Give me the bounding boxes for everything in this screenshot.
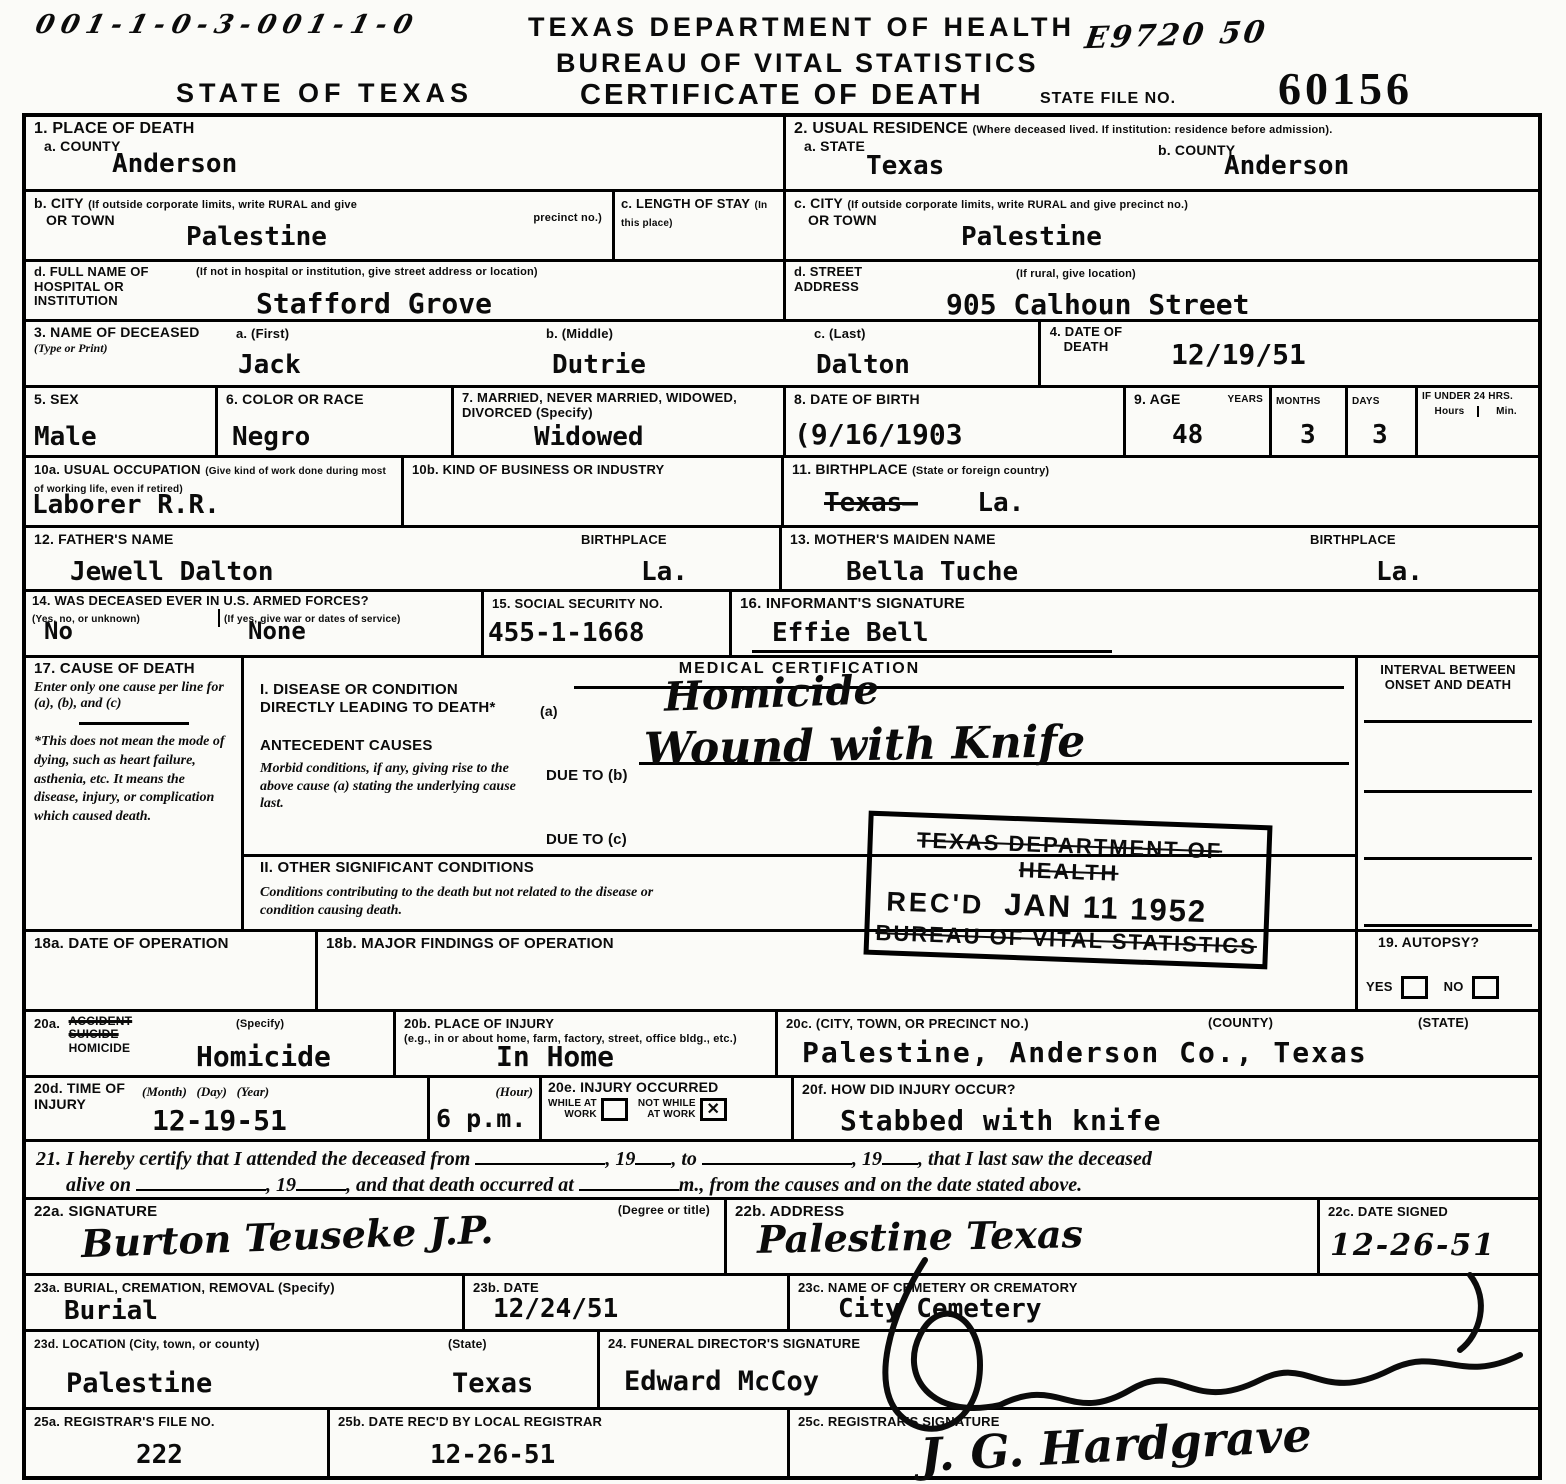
street-value: 905 Calhoun Street — [946, 288, 1249, 321]
location-state-label: (State) — [448, 1337, 487, 1351]
armed-forces-value2: None — [248, 617, 306, 645]
city-note: (If outside corporate limits, write RURA… — [88, 199, 357, 211]
autopsy-no-checkbox — [1472, 976, 1499, 999]
field-9-age-years: 9. AGE YEARS 48 — [1126, 388, 1272, 455]
field-23d-state: (State) Texas — [440, 1332, 600, 1407]
field-25a-registrar-file: 25a. REGISTRAR'S FILE NO. 222 — [26, 1410, 330, 1476]
occupation-label: 10a. USUAL OCCUPATION — [34, 462, 201, 477]
burial-label: 23a. BURIAL, CREMATION, REMOVAL (Specify… — [34, 1280, 335, 1295]
field-25b-date-recd: 25b. DATE REC'D BY LOCAL REGISTRAR 12-26… — [330, 1410, 790, 1476]
field-13-mother: 13. MOTHER'S MAIDEN NAME Bella Tuche BIR… — [782, 528, 1538, 589]
location-state-value: Texas — [452, 1368, 533, 1399]
certificate-title: CERTIFICATE OF DEATH — [580, 79, 984, 111]
field-22b-address: 22b. ADDRESS Palestine Texas — [727, 1200, 1320, 1273]
field-6-color-race: 6. COLOR OR RACE Negro — [218, 388, 454, 455]
injury-city-label: 20c. (CITY, TOWN, OR PRECINCT NO.) — [786, 1016, 1029, 1031]
first-name-label: a. (First) — [236, 326, 289, 341]
street-label: d. STREET ADDRESS — [794, 265, 889, 294]
county-label: a. COUNTY — [44, 138, 120, 154]
handwritten-file-code: E9720 50 — [1083, 15, 1270, 57]
row-place-residence: 1. PLACE OF DEATH a. COUNTY Anderson b. … — [26, 117, 1538, 322]
handwritten-index-code: 001-1-0-3-001-1-0 — [32, 10, 422, 40]
place-of-injury-value: In Home — [496, 1040, 614, 1073]
row-burial: 23a. BURIAL, CREMATION, REMOVAL (Specify… — [26, 1276, 1538, 1332]
location-city-value: Palestine — [66, 1368, 212, 1399]
field-2c-city: c. CITY (If outside corporate limits, wr… — [786, 192, 1538, 262]
manner-specify-note: (Specify) — [236, 1018, 284, 1030]
field-21-certify: 21. I hereby certify that I attended the… — [26, 1142, 1538, 1197]
cause-note2: *This does not mean the mode of dying, s… — [34, 733, 233, 827]
not-while-label1: NOT WHILE — [638, 1098, 696, 1109]
field-1c-length-of-stay: c. LENGTH OF STAY (In this place) — [615, 192, 783, 259]
under-24-label: IF UNDER 24 HRS. — [1422, 391, 1534, 402]
date-recd-value: 12-26-51 — [430, 1440, 555, 1470]
burial-value: Burial — [64, 1296, 158, 1326]
mother-name-label: 13. MOTHER'S MAIDEN NAME — [790, 531, 996, 547]
cemetery-value: City Cemetery — [838, 1294, 1042, 1324]
date-signed-label: 22c. DATE SIGNED — [1328, 1204, 1448, 1219]
age-label: 9. AGE — [1134, 391, 1181, 407]
residence-or-town-label: OR TOWN — [808, 213, 1530, 229]
burial-date-label: 23b. DATE — [473, 1280, 539, 1295]
how-injury-label: 20f. HOW DID INJURY OCCUR? — [802, 1081, 1016, 1097]
how-injury-value: Stabbed with knife — [840, 1104, 1161, 1137]
date-of-birth-value: (9/16/1903 — [794, 418, 963, 451]
field-9-under-24: IF UNDER 24 HRS. Hours Min. — [1418, 388, 1538, 455]
mdy-labels: (Month) (Day) (Year) — [142, 1084, 269, 1100]
certify-p3: , to — [671, 1148, 697, 1170]
row-name-deceased: 3. NAME OF DECEASED (Type or Print) a. (… — [26, 322, 1538, 388]
certify-p8: , and that death occurred at — [346, 1174, 574, 1196]
field-23a-burial: 23a. BURIAL, CREMATION, REMOVAL (Specify… — [26, 1276, 465, 1329]
row-time-of-injury: 20d. TIME OF INJURY (Month) (Day) (Year)… — [26, 1078, 1538, 1142]
manner-suicide-label: SUICIDE — [69, 1028, 133, 1041]
major-findings-label: 18b. MAJOR FINDINGS OF OPERATION — [326, 935, 614, 952]
place-of-death-title: 1. PLACE OF DEATH — [34, 120, 194, 137]
hours-label: Hours — [1422, 406, 1477, 417]
field-1b-city: b. CITY (If outside corporate limits, wr… — [26, 192, 615, 259]
color-race-label: 6. COLOR OR RACE — [226, 391, 364, 407]
certify-p7: , 19 — [266, 1174, 296, 1196]
mother-birthplace-label: BIRTHPLACE — [1310, 532, 1396, 547]
burial-date-value: 12/24/51 — [493, 1294, 618, 1324]
age-months-value: 3 — [1300, 420, 1316, 450]
field-10b-industry: 10b. KIND OF BUSINESS OR INDUSTRY — [404, 458, 784, 525]
city-value: Palestine — [186, 222, 327, 252]
field-22a-signature: 22a. SIGNATURE (Degree or title) Burton … — [26, 1200, 727, 1273]
field-9-age-months: MONTHS 3 — [1272, 388, 1348, 455]
middle-name-label: b. (Middle) — [546, 326, 613, 341]
cause-c-prefix: DUE TO (c) — [546, 832, 627, 849]
injury-location-value: Palestine, Anderson Co., Texas — [802, 1036, 1368, 1069]
residence-city-note: (If outside corporate limits, write RURA… — [847, 199, 1188, 211]
time-of-injury-label: 20d. TIME OF INJURY — [34, 1081, 128, 1112]
while-at-work-checkbox — [601, 1098, 628, 1121]
cause-of-death-label: 17. CAUSE OF DEATH — [34, 661, 233, 678]
antecedent-note: Morbid conditions, if any, giving rise t… — [260, 760, 540, 813]
residence-county-value: Anderson — [1224, 151, 1349, 181]
field-1d-hospital: d. FULL NAME OF HOSPITAL OR INSTITUTION … — [26, 262, 783, 319]
field-5-sex: 5. SEX Male — [26, 388, 218, 455]
field-16-informant: 16. INFORMANT'S SIGNATURE Effie Bell — [732, 592, 1538, 655]
row-certify-statement: 21. I hereby certify that I attended the… — [26, 1142, 1538, 1200]
sex-value: Male — [34, 422, 97, 452]
header-state-of-texas: STATE OF TEXAS — [176, 78, 473, 108]
type-or-print-note: (Type or Print) — [34, 341, 210, 356]
row-medical-certification: 17. CAUSE OF DEATH Enter only one cause … — [26, 658, 1538, 932]
marital-label: 7. MARRIED, NEVER MARRIED, WIDOWED, DIVO… — [462, 391, 775, 420]
injury-county-label: (COUNTY) — [1208, 1016, 1273, 1031]
middle-name-value: Dutrie — [552, 350, 646, 380]
header-bureau: BUREAU OF VITAL STATISTICS — [556, 48, 1039, 78]
header-department: TEXAS DEPARTMENT OF HEALTH — [528, 12, 1075, 42]
manner-value: Homicide — [196, 1040, 331, 1073]
father-name-label: 12. FATHER'S NAME — [34, 531, 174, 547]
stamp-line1: TEXAS DEPARTMENT OF HEALTH — [871, 826, 1267, 892]
cemetery-label: 23c. NAME OF CEMETERY OR CREMATORY — [798, 1280, 1078, 1295]
field-3-label: 3. NAME OF DECEASED (Type or Print) — [26, 322, 218, 385]
field-3b-middle: b. (Middle) Dutrie — [538, 322, 806, 385]
field-14-armed-forces: 14. WAS DECEASED EVER IN U.S. ARMED FORC… — [26, 592, 484, 655]
father-birthplace-label: BIRTHPLACE — [581, 532, 667, 547]
row-forces-ssn-informant: 14. WAS DECEASED EVER IN U.S. ARMED FORC… — [26, 592, 1538, 658]
cause-note1: Enter only one cause per line for (a), (… — [34, 680, 233, 712]
row-operation-autopsy: 18a. DATE OF OPERATION 18b. MAJOR FINDIN… — [26, 932, 1538, 1012]
death-certificate-page: 001-1-0-3-001-1-0 TEXAS DEPARTMENT OF HE… — [0, 0, 1566, 1484]
field-25c-registrar-signature: 25c. REGISTRAR'S SIGNATURE J. G. Hardgra… — [790, 1410, 1538, 1476]
field-20d-time-of-injury: 20d. TIME OF INJURY (Month) (Day) (Year)… — [26, 1078, 430, 1139]
field-12-father: 12. FATHER'S NAME Jewell Dalton BIRTHPLA… — [26, 528, 782, 589]
birthplace-struck-value: Texas— — [824, 488, 918, 518]
birthplace-note: (State or foreign country) — [912, 465, 1049, 477]
registrar-file-value: 222 — [136, 1440, 183, 1470]
antecedent-causes-label: ANTECEDENT CAUSES — [260, 738, 433, 755]
field-17-cause-notes: 17. CAUSE OF DEATH Enter only one cause … — [26, 658, 244, 929]
hour-value: 6 p.m. — [436, 1104, 526, 1133]
certify-p5: , that I last saw the deceased — [918, 1148, 1152, 1170]
field-18a-date-of-operation: 18a. DATE OF OPERATION — [26, 932, 318, 1009]
certify-p2: , 19 — [605, 1148, 635, 1170]
not-while-at-work-checkbox-checked: ✕ — [700, 1098, 727, 1121]
autopsy-yes-checkbox — [1401, 976, 1428, 999]
degree-title-label: (Degree or title) — [618, 1204, 710, 1217]
row-physician-signature: 22a. SIGNATURE (Degree or title) Burton … — [26, 1200, 1538, 1276]
disease-condition-label2: DIRECTLY LEADING TO DEATH* — [260, 700, 496, 717]
min-label: Min. — [1477, 406, 1534, 417]
name-of-deceased-label: 3. NAME OF DECEASED — [34, 325, 210, 341]
certify-p1: 21. I hereby certify that I attended the… — [36, 1148, 470, 1170]
age-days-label: DAYS — [1352, 396, 1380, 407]
field-20a-manner: 20a. ACCIDENT SUICIDE HOMICIDE (Specify)… — [26, 1012, 396, 1075]
informant-label: 16. INFORMANT'S SIGNATURE — [740, 595, 965, 612]
field-4-date-of-death: 4. DATE OF DEATH 12/19/51 — [1038, 322, 1538, 385]
armed-forces-label: 14. WAS DECEASED EVER IN U.S. ARMED FORC… — [32, 594, 475, 609]
field-8-date-of-birth: 8. DATE OF BIRTH (9/16/1903 — [786, 388, 1126, 455]
autopsy-no-label: NO — [1444, 980, 1464, 995]
field-19-autopsy: 19. AUTOPSY? YES NO — [1358, 932, 1538, 1009]
father-name-value: Jewell Dalton — [70, 557, 274, 587]
field-2d-street: d. STREET ADDRESS (If rural, give locati… — [786, 262, 1538, 319]
date-recd-label: 25b. DATE REC'D BY LOCAL REGISTRAR — [338, 1414, 602, 1429]
field-24-funeral-director: 24. FUNERAL DIRECTOR'S SIGNATURE Edward … — [600, 1332, 1538, 1407]
field-7-marital: 7. MARRIED, NEVER MARRIED, WIDOWED, DIVO… — [454, 388, 786, 455]
field-9-age-days: DAYS 3 — [1348, 388, 1418, 455]
section-place-of-death: 1. PLACE OF DEATH a. COUNTY Anderson b. … — [26, 117, 786, 319]
hospital-note: (If not in hospital or institution, give… — [196, 266, 538, 278]
residence-city-label: c. CITY — [794, 195, 843, 211]
field-15-ssn: 15. SOCIAL SECURITY NO. 455-1-1668 — [484, 592, 732, 655]
sex-label: 5. SEX — [34, 391, 79, 407]
funeral-director-value: Edward McCoy — [624, 1366, 819, 1397]
interval-column: INTERVAL BETWEEN ONSET AND DEATH — [1358, 658, 1538, 929]
age-days-value: 3 — [1372, 420, 1388, 450]
location-label: 23d. LOCATION (City, town, or county) — [34, 1337, 260, 1351]
hour-label: (Hour) — [495, 1084, 533, 1100]
field-3a-first: a. (First) Jack — [218, 322, 538, 385]
disease-condition-label1: I. DISEASE OR CONDITION — [260, 682, 458, 699]
mother-name-value: Bella Tuche — [846, 557, 1018, 587]
usual-residence-title: 2. USUAL RESIDENCE — [794, 120, 968, 137]
autopsy-yes-label: YES — [1366, 980, 1393, 995]
interval-label1: INTERVAL BETWEEN — [1366, 663, 1530, 678]
age-years-label: YEARS — [1228, 394, 1263, 405]
field-23b-burial-date: 23b. DATE 12/24/51 — [465, 1276, 790, 1329]
field-10a-occupation: 10a. USUAL OCCUPATION (Give kind of work… — [26, 458, 404, 525]
place-of-injury-label: 20b. PLACE OF INJURY — [404, 1016, 554, 1031]
manner-num: 20a. — [34, 1016, 60, 1031]
first-name-value: Jack — [238, 350, 301, 380]
registrar-file-label: 25a. REGISTRAR'S FILE NO. — [34, 1414, 215, 1429]
checkbox-x-mark: ✕ — [707, 1101, 720, 1118]
state-file-no-label: STATE FILE NO. — [1040, 90, 1176, 108]
father-birthplace-value: La. — [641, 557, 688, 587]
date-of-operation-label: 18a. DATE OF OPERATION — [34, 935, 229, 952]
row-occupation: 10a. USUAL OCCUPATION (Give kind of work… — [26, 458, 1538, 528]
cause-b-prefix: DUE TO (b) — [546, 768, 628, 785]
date-of-death-label: 4. DATE OF DEATH — [1049, 325, 1123, 354]
row-registrar: 25a. REGISTRAR'S FILE NO. 222 25b. DATE … — [26, 1410, 1538, 1476]
date-of-birth-label: 8. DATE OF BIRTH — [794, 391, 920, 407]
funeral-director-label: 24. FUNERAL DIRECTOR'S SIGNATURE — [608, 1336, 860, 1351]
cause-b-value: Wound with Knife — [644, 716, 1086, 775]
color-race-value: Negro — [232, 422, 310, 452]
cause-a-value: Homicide — [663, 666, 879, 720]
armed-forces-value1: No — [44, 617, 73, 645]
field-23c-cemetery: 23c. NAME OF CEMETERY OR CREMATORY City … — [790, 1276, 1538, 1329]
autopsy-label: 19. AUTOPSY? — [1378, 935, 1530, 951]
field-11-birthplace: 11. BIRTHPLACE (State or foreign country… — [784, 458, 1538, 525]
residence-state-value: Texas — [866, 151, 944, 181]
stamp-date: JAN 11 1952 — [1004, 887, 1208, 929]
field-1a-county: 1. PLACE OF DEATH a. COUNTY Anderson — [26, 117, 783, 192]
field-20f-how-injury: 20f. HOW DID INJURY OCCUR? Stabbed with … — [794, 1078, 1538, 1139]
length-of-stay-label: c. LENGTH OF STAY — [621, 196, 750, 211]
while-at-work-label1: WHILE AT — [548, 1098, 597, 1109]
birthplace-label: 11. BIRTHPLACE — [792, 461, 908, 477]
ssn-value: 455-1-1668 — [488, 618, 645, 648]
interval-label2: ONSET AND DEATH — [1366, 678, 1530, 693]
stamp-recd-label: REC'D — [886, 886, 985, 920]
section-usual-residence: 2. USUAL RESIDENCE (Where deceased lived… — [786, 117, 1538, 319]
hospital-label: d. FULL NAME OF HOSPITAL OR INSTITUTION — [34, 265, 184, 309]
certify-p9: m., from the causes and on the date stat… — [679, 1174, 1082, 1196]
row-parents: 12. FATHER'S NAME Jewell Dalton BIRTHPLA… — [26, 528, 1538, 592]
last-name-value: Dalton — [816, 350, 910, 380]
field-20b-place-of-injury: 20b. PLACE OF INJURY (e.g., in or about … — [396, 1012, 778, 1075]
usual-residence-note: (Where deceased lived. If institution: r… — [972, 124, 1332, 136]
signature-label: 22a. SIGNATURE — [34, 1203, 157, 1220]
residence-state-label: a. STATE — [804, 138, 865, 154]
occupation-value: Laborer R.R. — [32, 490, 220, 520]
field-1bc: b. CITY (If outside corporate limits, wr… — [26, 192, 783, 262]
date-signed-value: 12-26-51 — [1330, 1228, 1496, 1263]
injury-state-label: (STATE) — [1418, 1016, 1469, 1031]
while-at-work-label2: WORK — [548, 1109, 597, 1120]
injury-occurred-label: 20e. INJURY OCCURRED — [548, 1080, 785, 1096]
state-file-number: 60156 — [1278, 62, 1413, 115]
field-20e-injury-occurred: 20e. INJURY OCCURRED WHILE AT WORK NOT W… — [542, 1078, 794, 1139]
ssn-label: 15. SOCIAL SECURITY NO. — [492, 596, 663, 611]
mother-birthplace-value: La. — [1376, 557, 1423, 587]
birthplace-value: La. — [977, 488, 1024, 518]
hospital-value: Stafford Grove — [256, 287, 492, 320]
other-conditions-label: II. OTHER SIGNIFICANT CONDITIONS — [260, 860, 534, 877]
row-sex-race-age: 5. SEX Male 6. COLOR OR RACE Negro 7. MA… — [26, 388, 1538, 458]
certify-p4: , 19 — [852, 1148, 882, 1170]
cause-a-prefix: (a) — [540, 704, 558, 720]
city-label: b. CITY — [34, 195, 84, 211]
received-stamp: TEXAS DEPARTMENT OF HEALTH REC'D JAN 11 … — [863, 811, 1272, 970]
date-of-death-value: 12/19/51 — [1171, 338, 1306, 371]
time-of-injury-value: 12-19-51 — [152, 1104, 287, 1137]
field-22c-date-signed: 22c. DATE SIGNED 12-26-51 — [1320, 1200, 1538, 1273]
address-value: Palestine Texas — [757, 1211, 1084, 1262]
certificate-form: 1. PLACE OF DEATH a. COUNTY Anderson b. … — [22, 113, 1542, 1480]
not-while-label2: AT WORK — [638, 1109, 696, 1120]
field-23d-location: 23d. LOCATION (City, town, or county) Pa… — [26, 1332, 440, 1407]
manner-accident-label: ACCIDENT — [69, 1015, 133, 1028]
city-note2: precinct no.) — [533, 212, 602, 224]
field-2ab: 2. USUAL RESIDENCE (Where deceased lived… — [786, 117, 1538, 192]
row-accident-homicide: 20a. ACCIDENT SUICIDE HOMICIDE (Specify)… — [26, 1012, 1538, 1078]
certify-p6: alive on — [66, 1174, 131, 1196]
street-note: (If rural, give location) — [1016, 268, 1136, 280]
age-years-value: 48 — [1172, 420, 1203, 450]
age-months-label: MONTHS — [1276, 396, 1321, 407]
field-20d-hour: (Hour) 6 p.m. — [430, 1078, 542, 1139]
county-value: Anderson — [112, 149, 237, 179]
field-20c-injury-location: 20c. (CITY, TOWN, OR PRECINCT NO.) (COUN… — [778, 1012, 1538, 1075]
industry-label: 10b. KIND OF BUSINESS OR INDUSTRY — [412, 462, 664, 477]
residence-city-value: Palestine — [961, 222, 1102, 252]
field-3c-last: c. (Last) Dalton — [806, 322, 1038, 385]
other-conditions-note: Conditions contributing to the death but… — [260, 884, 680, 920]
row-location-director: 23d. LOCATION (City, town, or county) Pa… — [26, 1332, 1538, 1410]
manner-homicide-label: HOMICIDE — [69, 1042, 133, 1055]
marital-value: Widowed — [534, 422, 644, 452]
last-name-label: c. (Last) — [814, 326, 866, 341]
informant-value: Effie Bell — [772, 618, 929, 648]
